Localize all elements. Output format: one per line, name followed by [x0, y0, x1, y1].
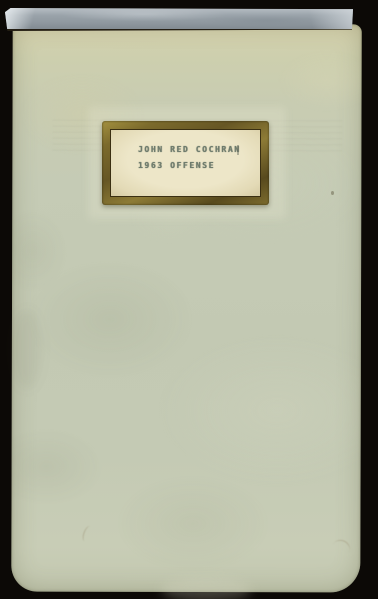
label-line-year: 1963 OFFENSE [138, 158, 260, 174]
label-line-owner: JOHN RED COCHRAN [138, 142, 260, 158]
stain-edge-patch [12, 310, 42, 390]
gold-label-plate: JOHN RED COCHRAN 1963 OFFENSE [102, 121, 269, 205]
label-plate-face: JOHN RED COCHRAN 1963 OFFENSE [110, 129, 261, 197]
scanned-photo-background: JOHN RED COCHRAN 1963 OFFENSE [0, 0, 378, 599]
stray-typed-mark [237, 145, 239, 155]
stain-speck [331, 191, 334, 195]
stain-worn-spot [161, 579, 251, 599]
binding-tape-strip [5, 8, 353, 31]
